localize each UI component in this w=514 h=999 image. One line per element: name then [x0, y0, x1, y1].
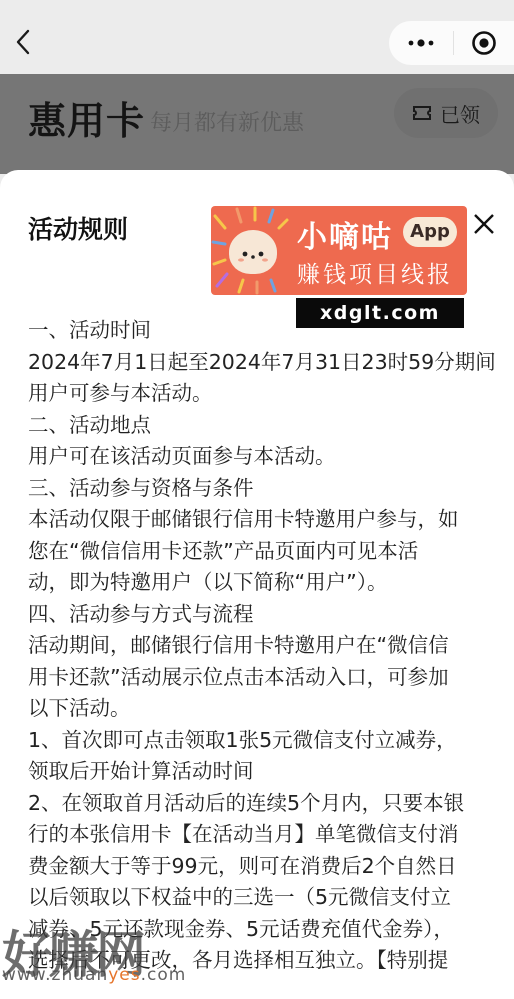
- app-badge: App: [403, 217, 457, 247]
- target-circle-icon: [471, 30, 497, 56]
- page-header: 惠用卡 每月都有新优惠 已领: [0, 74, 514, 174]
- close-icon: [470, 210, 498, 238]
- ticket-icon: [412, 105, 432, 121]
- rules-heading: 一、活动时间: [28, 315, 503, 347]
- rules-line: 行的本张信用卡【在活动当月】单笔微信支付消: [28, 819, 503, 851]
- mascot-icon: [229, 230, 277, 274]
- ad-tagline: 赚钱项目线报: [297, 256, 453, 289]
- more-button[interactable]: [389, 21, 453, 65]
- claimed-label: 已领: [440, 99, 480, 128]
- rules-heading: 四、活动参与方式与流程: [28, 599, 503, 631]
- close-miniprogram-button[interactable]: [454, 21, 514, 65]
- rules-content: 一、活动时间 2024年7月1日起至2024年7月31日23时59分期间 用户可…: [28, 315, 503, 977]
- ad-banner[interactable]: 小嘀咕 App 赚钱项目线报: [211, 206, 467, 295]
- ad-brand: 小嘀咕: [297, 212, 393, 256]
- more-dots-icon: [406, 38, 436, 48]
- close-sheet-button[interactable]: [470, 210, 498, 238]
- rules-line: 费金额大于等于99元，则可在消费后2个自然日: [28, 851, 503, 883]
- rules-heading: 三、活动参与资格与条件: [28, 473, 503, 505]
- rules-heading: 二、活动地点: [28, 410, 503, 442]
- claimed-button[interactable]: 已领: [394, 88, 498, 138]
- chevron-left-icon: [12, 26, 36, 58]
- rules-line: 用户可参与本活动。: [28, 378, 503, 410]
- rules-line: 1、首次即可点击领取1张5元微信支付立减券，: [28, 725, 503, 757]
- rules-line: 减券、5元还款现金券、5元话费充值代金券），: [28, 914, 503, 946]
- rules-line: 以后领取以下权益中的三选一（5元微信支付立: [28, 882, 503, 914]
- rules-line: 本活动仅限于邮储银行信用卡特邀用户参与，如: [28, 504, 503, 536]
- rules-line: 用户可在该活动页面参与本活动。: [28, 441, 503, 473]
- sheet-title: 活动规则: [28, 210, 128, 246]
- rules-line: 选择后不可更改，各月选择相互独立。【特别提: [28, 945, 503, 977]
- rules-sheet: 活动规则 小嘀咕 App: [0, 170, 514, 999]
- rules-line: 用卡还款”活动展示位点击本活动入口，可参加: [28, 662, 503, 694]
- rules-line: 2、在领取首月活动后的连续5个月内，只要本银: [28, 788, 503, 820]
- rules-line: 动，即为特邀用户（以下简称“用户”）。: [28, 567, 503, 599]
- rules-line: 以下活动。: [28, 693, 503, 725]
- rules-line: 您在“微信信用卡还款”产品页面内可见本活: [28, 536, 503, 568]
- page-title: 惠用卡: [28, 90, 145, 145]
- page-subtitle: 每月都有新优惠: [150, 106, 304, 137]
- mini-program-navbar: [0, 0, 514, 74]
- rules-line: 活动期间，邮储银行信用卡特邀用户在“微信信: [28, 630, 503, 662]
- rules-line: 领取后开始计算活动时间: [28, 756, 503, 788]
- back-button[interactable]: [12, 26, 36, 58]
- rules-line: 2024年7月1日起至2024年7月31日23时59分期间: [28, 347, 503, 379]
- capsule-menu: [389, 21, 514, 65]
